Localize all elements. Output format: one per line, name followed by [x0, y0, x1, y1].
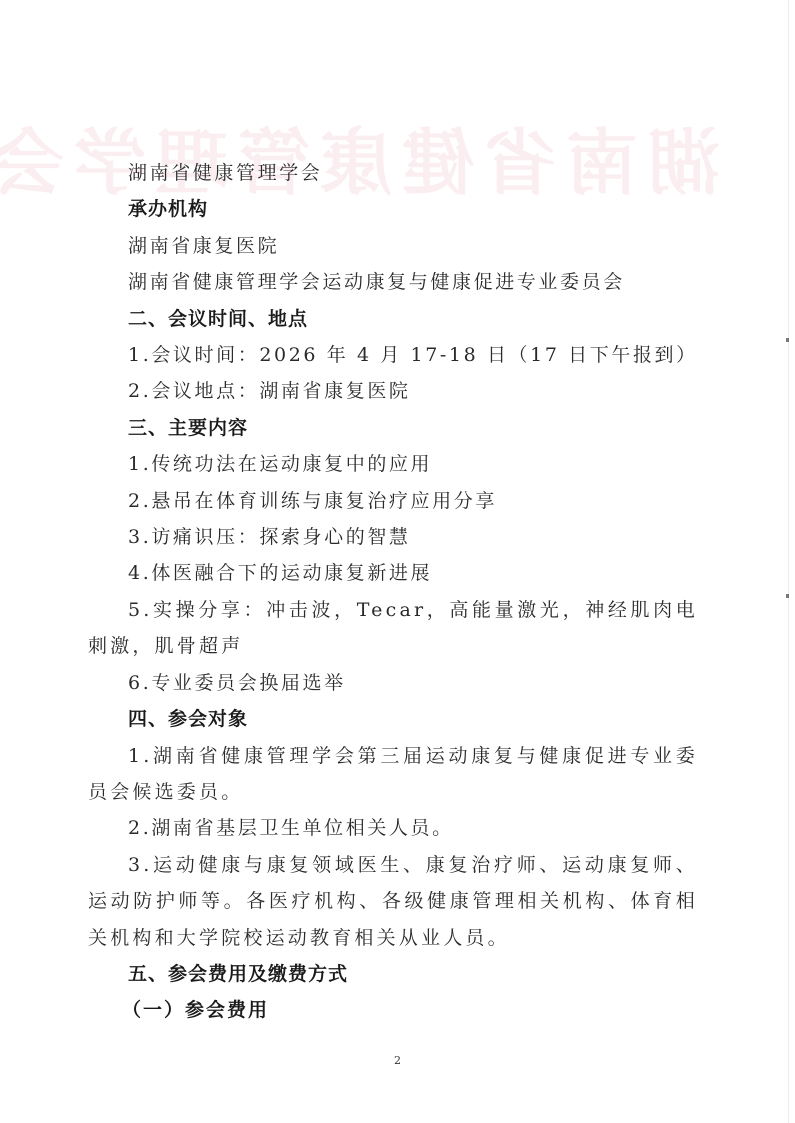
- section-heading-fees: 五、参会费用及缴费方式: [88, 956, 698, 992]
- scan-mark: [786, 338, 789, 342]
- list-item: 4.体医融合下的运动康复新进展: [88, 555, 698, 591]
- list-item: 2.湖南省基层卫生单位相关人员。: [88, 810, 698, 846]
- page-number: 2: [0, 1054, 795, 1067]
- host-heading: 承办机构: [88, 191, 698, 227]
- list-item: 2.悬吊在体育训练与康复治疗应用分享: [88, 483, 698, 519]
- list-item: 6.专业委员会换届选举: [88, 665, 698, 701]
- list-item: 2.会议地点：湖南省康复医院: [88, 373, 698, 409]
- list-item: 3.访痛识压：探索身心的智慧: [88, 519, 698, 555]
- host-org: 湖南省健康管理学会运动康复与健康促进专业委员会: [88, 264, 698, 300]
- section-heading-content: 三、主要内容: [88, 410, 698, 446]
- page-edge-divider: [788, 0, 789, 1123]
- list-item: 1.湖南省健康管理学会第三届运动康复与健康促进专业委员会候选委员。: [88, 738, 698, 811]
- section-heading-attendees: 四、参会对象: [88, 701, 698, 737]
- subsection-heading-fees: （一）参会费用: [88, 992, 698, 1028]
- section-heading-time-place: 二、会议时间、地点: [88, 301, 698, 337]
- list-item: 5.实操分享：冲击波，Tecar，高能量激光，神经肌肉电刺激，肌骨超声: [88, 592, 698, 665]
- document-body: 湖南省健康管理学会 承办机构 湖南省康复医院 湖南省健康管理学会运动康复与健康促…: [88, 155, 698, 1029]
- list-item: 3.运动健康与康复领域医生、康复治疗师、运动康复师、运动防护师等。各医疗机构、各…: [88, 847, 698, 956]
- list-item: 1.传统功法在运动康复中的应用: [88, 446, 698, 482]
- host-org: 湖南省康复医院: [88, 228, 698, 264]
- scan-mark: [786, 594, 789, 598]
- list-item: 1.会议时间：2026 年 4 月 17-18 日（17 日下午报到）: [88, 337, 698, 373]
- organizer-name: 湖南省健康管理学会: [88, 155, 698, 191]
